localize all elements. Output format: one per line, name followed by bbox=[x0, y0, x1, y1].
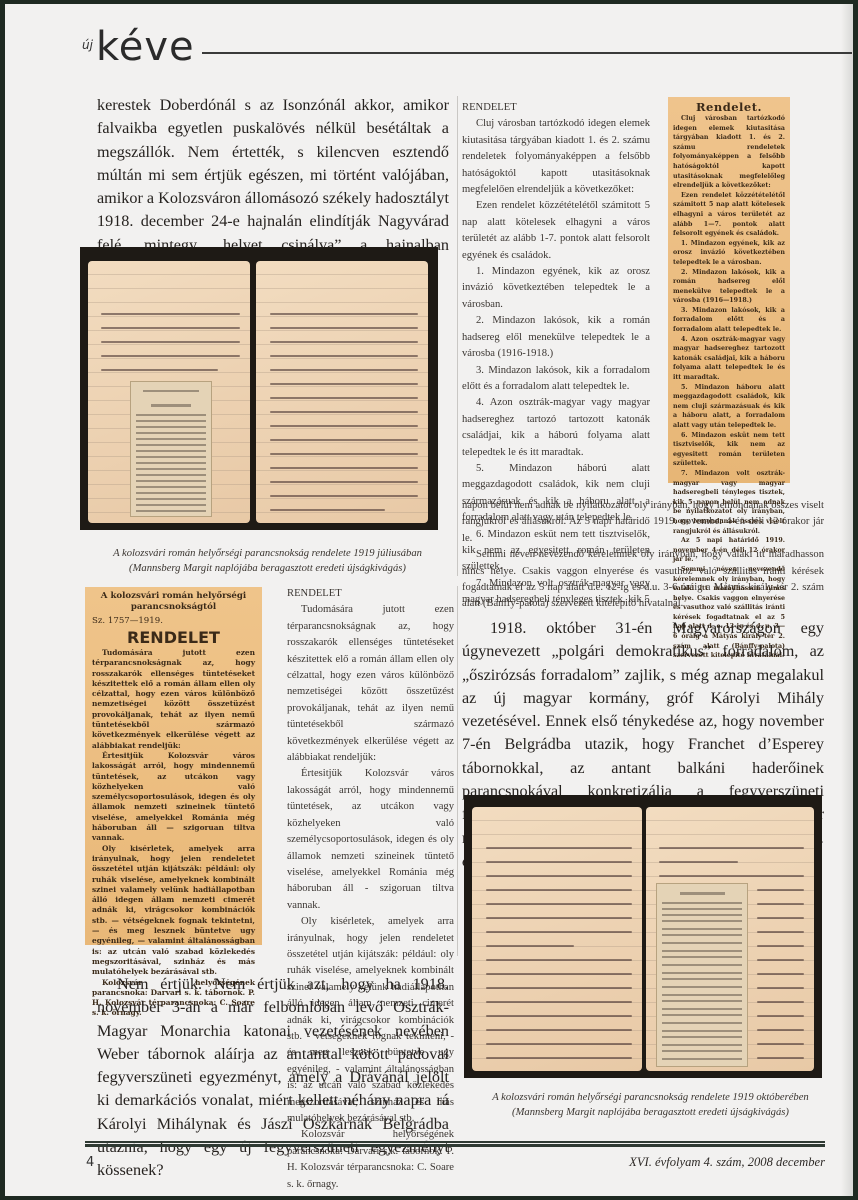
clipping-paragraph: 2. Mindazon lakósok, kik a román hadsere… bbox=[673, 268, 785, 306]
clipping-paragraph: 3. Mindazon lakósok, kik a forradalom el… bbox=[673, 306, 785, 335]
newspaper-clipping-july: A kolozsvári román helyőrségi parancsnok… bbox=[85, 587, 262, 945]
logo-title: kéve bbox=[96, 24, 195, 70]
clipping-paragraph: 5. Mindazon háboru alatt meggazdagodott … bbox=[673, 383, 785, 431]
clipping-header: A kolozsvári román helyőrségi parancsnok… bbox=[92, 591, 255, 613]
notebook-photo-july bbox=[80, 247, 438, 530]
rendelet-paragraph: 4. Azon osztrák-magyar vagy magyar hadse… bbox=[462, 395, 650, 461]
clipping-number: Sz. 1757—1919. bbox=[92, 616, 255, 626]
clipping-paragraph: 1. Mindazon egyének, kik az orosz invázi… bbox=[673, 239, 785, 268]
clipping-paragraph: Tudomására jutott ezen térparancsnokságn… bbox=[92, 648, 255, 751]
clipping-paragraph: Ezen rendelet közzétételétől számitott 5… bbox=[673, 191, 785, 239]
notebook-left-page bbox=[88, 261, 250, 523]
pasted-clipping bbox=[656, 883, 748, 1067]
logo-prefix: új bbox=[82, 38, 93, 52]
caption-line-1: A kolozsvári román helyőrségi parancsnok… bbox=[80, 546, 455, 561]
rendelet-paragraph: Értesitjük Kolozsvár város lakosságát ar… bbox=[287, 766, 454, 914]
clipping-paragraph: 4. Azon osztrák-magyar vagy magyar hadse… bbox=[673, 335, 785, 383]
clipping-body: Tudomására jutott ezen térparancsnokságn… bbox=[92, 648, 255, 1019]
clipping-paragraph: Oly kisérletek, amelyek arra irányulnak,… bbox=[92, 844, 255, 978]
notebook-left-page bbox=[472, 807, 642, 1071]
rendelet-heading: RENDELET bbox=[462, 100, 650, 116]
photo-caption-july: A kolozsvári román helyőrségi parancsnok… bbox=[80, 546, 455, 576]
rendelet-paragraph: Cluj városban tartózkodó idegen elemek k… bbox=[462, 116, 650, 198]
clipping-paragraph: 6. Mindazon esküt nem tett tisztviselők,… bbox=[673, 431, 785, 469]
issue-info: XVI. évfolyam 4. szám, 2008 december bbox=[629, 1155, 825, 1170]
masthead: új kéve bbox=[82, 30, 852, 70]
notebook-right-page bbox=[256, 261, 428, 523]
clipping-paragraph: Az 5 napi határidő 1919. november 4-én d… bbox=[673, 536, 785, 565]
page-edge-shadow bbox=[841, 4, 853, 1196]
caption-line-2: (Mannsberg Margit naplójába beragasztott… bbox=[463, 1105, 838, 1120]
caption-line-2: (Mannsberg Margit naplójába beragasztott… bbox=[80, 561, 455, 576]
rendelet-paragraph: 1. Mindazon egyének, kik az orosz invázi… bbox=[462, 264, 650, 313]
footer-rule bbox=[85, 1141, 825, 1147]
clipping-paragraph: Értesitjük Kolozsvár város lakosságát ar… bbox=[92, 751, 255, 844]
nem-ertjuk-paragraph: Nem értjük. Nem értjük azt, hogy ha 1918… bbox=[97, 973, 449, 1183]
notebook-right-page bbox=[646, 807, 814, 1071]
pasted-clipping bbox=[130, 381, 212, 517]
caption-line-1: A kolozsvári román helyőrségi parancsnok… bbox=[463, 1090, 838, 1105]
notebook-photo-october bbox=[464, 795, 822, 1078]
masthead-rule bbox=[202, 52, 852, 54]
clipping-body: Cluj városban tartózkodó idegen elemek k… bbox=[673, 114, 785, 661]
column-divider bbox=[457, 586, 458, 956]
page-number: 4 bbox=[86, 1155, 94, 1170]
magazine-page: új kéve kerestek Doberdónál s az Isonzón… bbox=[5, 4, 853, 1196]
rendelet-paragraph: 3. Mindazon lakósok, kik a forradalom el… bbox=[462, 363, 650, 396]
clipping-title: RENDELET bbox=[92, 628, 255, 647]
rendelet-paragraph: 2. Mindazon lakósok, kik a román hadsere… bbox=[462, 313, 650, 362]
clipping-paragraph: Cluj városban tartózkodó idegen elemek k… bbox=[673, 114, 785, 191]
photo-caption-october: A kolozsvári román helyőrségi parancsnok… bbox=[463, 1090, 838, 1120]
column-divider bbox=[457, 96, 458, 576]
clipping-title: Rendelet. bbox=[673, 100, 785, 114]
rendelet-heading: RENDELET bbox=[287, 586, 454, 602]
rendelet-paragraph: Tudomására jutott ezen térparancsnokságn… bbox=[287, 602, 454, 766]
newspaper-clipping-october: Rendelet. Cluj városban tartózkodó idege… bbox=[668, 97, 790, 483]
rendelet-paragraph: Ezen rendelet közzétételétől számitott 5… bbox=[462, 198, 650, 264]
clipping-paragraph: 7. Mindazon volt osztrák-magyar vagy mag… bbox=[673, 469, 785, 536]
